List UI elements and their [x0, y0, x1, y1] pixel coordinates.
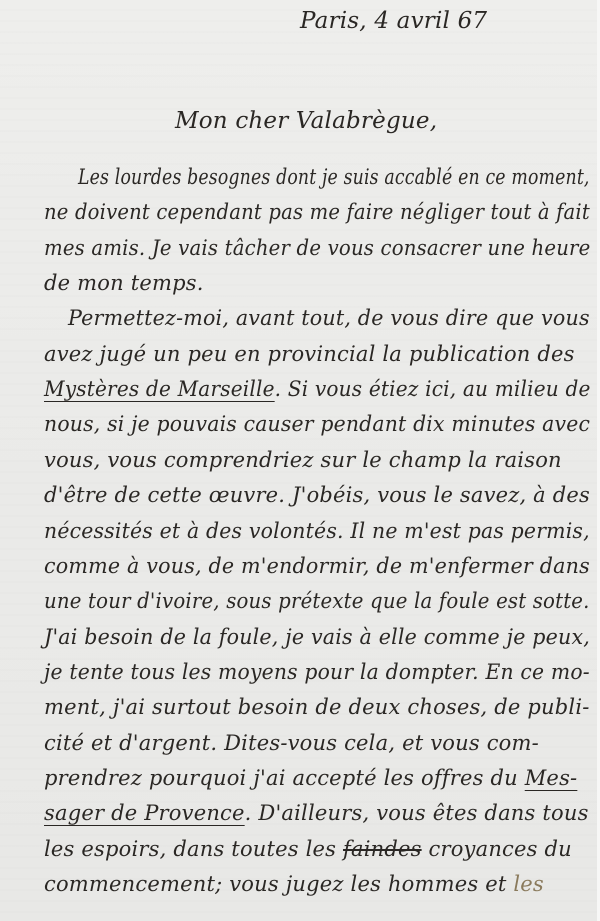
- line-text: les espoirs, dans toutes les: [44, 837, 343, 861]
- letter-line: vous, vous comprendriez sur le champ la …: [44, 448, 562, 472]
- line-text: croyances du: [422, 837, 572, 861]
- struck-word: faindes: [343, 837, 422, 861]
- dateline: Paris, 4 avril 67: [300, 8, 487, 34]
- line-text: commencement; vous jugez les hommes et: [44, 872, 513, 896]
- letter-line: Les lourdes besognes dont je suis accabl…: [78, 165, 590, 189]
- underlined-title: Mystères de Marseille: [44, 377, 275, 401]
- underlined-title: Mes-: [525, 766, 578, 790]
- letter-line: cité et d'argent. Dites-vous cela, et vo…: [44, 731, 539, 755]
- line-text: . Si vous étiez ici, au milieu de: [275, 377, 591, 401]
- letter-line: commencement; vous jugez les hommes et l…: [44, 872, 544, 896]
- letter-line: les espoirs, dans toutes les faindes cro…: [44, 837, 572, 861]
- letter-line: nous, si je pouvais causer pendant dix m…: [44, 412, 590, 436]
- faded-word: les: [513, 872, 544, 896]
- letter-line: avez jugé un peu en provincial la public…: [44, 342, 575, 366]
- letter-line: Mystères de Marseille. Si vous étiez ici…: [44, 377, 591, 401]
- letter-line: de mon temps.: [44, 271, 204, 295]
- letter-line: sager de Provence. D'ailleurs, vous êtes…: [44, 801, 589, 825]
- line-text: prendrez pourquoi j'ai accepté les offre…: [44, 766, 525, 790]
- letter-line: prendrez pourquoi j'ai accepté les offre…: [44, 766, 577, 790]
- underlined-title: sager de Provence: [44, 801, 245, 825]
- salutation: Mon cher Valabrègue,: [175, 108, 437, 134]
- letter-line: d'être de cette œuvre. J'obéis, vous le …: [44, 483, 590, 507]
- letter-line: ne doivent cependant pas me faire néglig…: [44, 200, 590, 224]
- letter-line: une tour d'ivoire, sous prétexte que la …: [44, 589, 590, 613]
- line-text: . D'ailleurs, vous êtes dans tous: [245, 801, 589, 825]
- letter-line: ment, j'ai surtout besoin de deux choses…: [44, 695, 590, 719]
- letter-line: J'ai besoin de la foule, je vais à elle …: [44, 625, 590, 649]
- letter-line: Permettez-moi, avant tout, de vous dire …: [68, 306, 590, 330]
- letter-line: mes amis. Je vais tâcher de vous consacr…: [44, 236, 590, 260]
- letter-page: Paris, 4 avril 67 Mon cher Valabrègue, L…: [0, 0, 600, 921]
- letter-line: comme à vous, de m'endormir, de m'enferm…: [44, 554, 590, 578]
- letter-line: nécessités et à des volontés. Il ne m'es…: [44, 519, 590, 543]
- letter-line: je tente tous les moyens pour la dompter…: [44, 660, 590, 684]
